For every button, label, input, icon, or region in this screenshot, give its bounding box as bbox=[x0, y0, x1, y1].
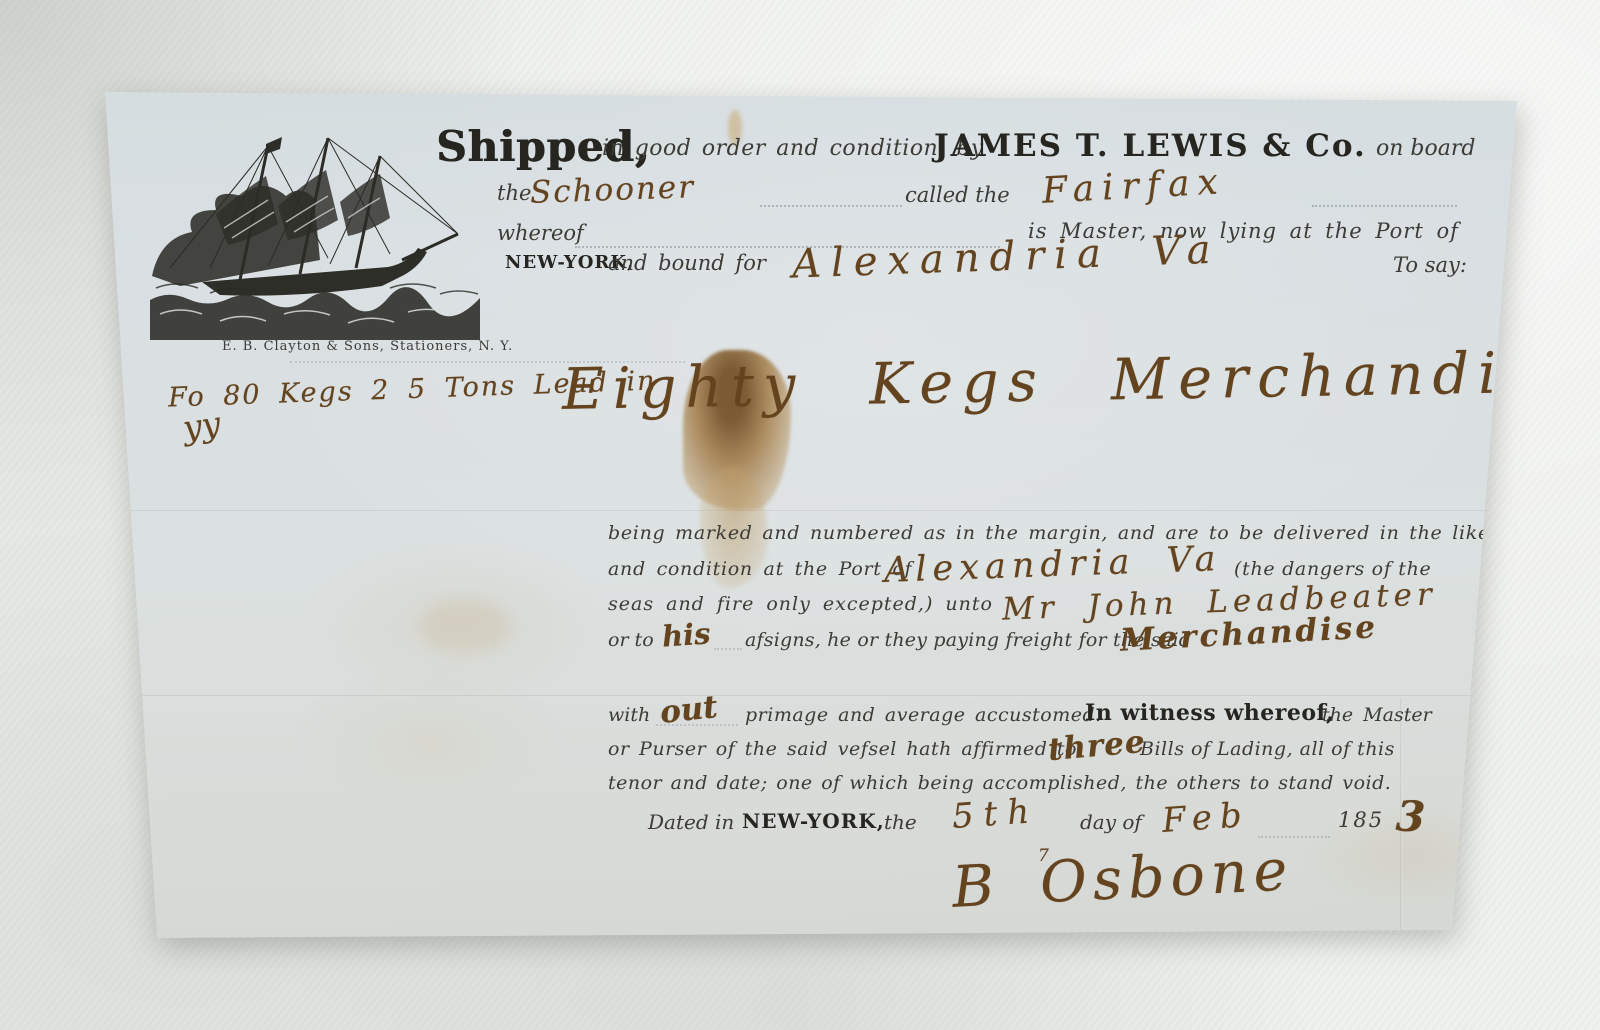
whereof-label: whereof bbox=[497, 221, 584, 245]
day-handwriting: 5th bbox=[951, 791, 1041, 837]
body-line2-printed: and condition at the Port of bbox=[608, 558, 912, 580]
witness-line2-start: or Purser of the said vefsel hath affirm… bbox=[608, 738, 1077, 760]
cargo-line-handwriting: Eighty Kegs Merchandise bbox=[562, 339, 1587, 423]
witness-line1-end: the Master bbox=[1322, 704, 1432, 726]
dated-the: the bbox=[884, 810, 917, 834]
three-handwriting: three bbox=[1047, 724, 1147, 768]
master-signature: B Osbone bbox=[951, 837, 1295, 921]
paper-shadow-wrap: E. B. Clayton & Sons, Stationers, N. Y. … bbox=[0, 0, 1600, 1030]
year-printed: 185 bbox=[1338, 808, 1384, 832]
stain-faint-left bbox=[420, 600, 510, 652]
fill-line bbox=[714, 648, 742, 650]
ship-bowsprit bbox=[402, 234, 458, 260]
order-condition-text: in good order and condition, by bbox=[602, 136, 984, 161]
fill-line bbox=[760, 205, 902, 207]
dated-in-label: Dated in bbox=[648, 810, 734, 834]
in-witness-whereof: In witness whereof, bbox=[1085, 700, 1334, 726]
year-handwriting: 3 bbox=[1395, 791, 1427, 841]
day-of-label: day of bbox=[1080, 810, 1142, 834]
his-handwriting: his bbox=[661, 616, 712, 653]
witness-line1-mid: primage and average accustomed. bbox=[745, 704, 1102, 726]
vessel-type-handwriting: Schooner bbox=[529, 169, 695, 211]
ship-flag bbox=[266, 137, 282, 154]
month-handwriting: Feb bbox=[1161, 795, 1251, 841]
bill-of-lading-paper: E. B. Clayton & Sons, Stationers, N. Y. … bbox=[0, 0, 1600, 1030]
fold-crease-horizontal-lower bbox=[140, 695, 1470, 697]
body-line3-printed: seas and fire only excepted,) unto bbox=[608, 593, 993, 615]
destination-handwriting: Alexandria Va bbox=[791, 227, 1221, 288]
dated-place: NEW-YORK, bbox=[742, 809, 885, 833]
body-line4-printed-start: or to bbox=[608, 629, 654, 651]
and-bound-for-text: and bound for bbox=[608, 251, 766, 275]
body-destination-handwriting: Alexandria Va bbox=[883, 539, 1222, 591]
vessel-name-handwriting: Fairfax bbox=[1041, 161, 1227, 212]
photo-of-bill-of-lading: E. B. Clayton & Sons, Stationers, N. Y. … bbox=[0, 0, 1600, 1030]
ship-engraving bbox=[150, 118, 480, 340]
witness-line2-end: Bills of Lading, all of this bbox=[1140, 738, 1395, 760]
company-name: JAMES T. LEWIS & Co. bbox=[934, 128, 1367, 164]
body-line1: being marked and numbered as in the marg… bbox=[608, 522, 1556, 544]
witness-line1-start: with bbox=[608, 704, 650, 726]
fill-line bbox=[656, 724, 738, 726]
the-label: the bbox=[497, 181, 531, 205]
margin-tally-handwriting: yy bbox=[180, 404, 222, 448]
to-say-label: To say: bbox=[1393, 253, 1467, 277]
witness-line3: tenor and date; one of which being accom… bbox=[608, 772, 1391, 794]
on-board-text: on board bbox=[1376, 136, 1475, 161]
called-the-label: called the bbox=[905, 183, 1010, 207]
stationers-credit: E. B. Clayton & Sons, Stationers, N. Y. bbox=[222, 339, 513, 354]
fold-crease-horizontal-upper bbox=[107, 510, 1507, 512]
fill-line bbox=[1312, 205, 1457, 207]
